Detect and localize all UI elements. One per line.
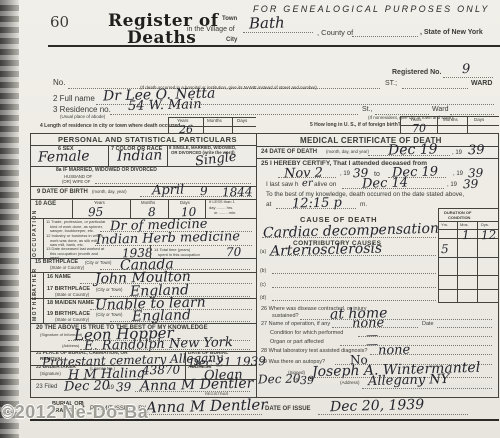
informant-addr-line	[80, 349, 250, 350]
less-note-1: If LESS than 1	[209, 200, 235, 204]
age-v0	[72, 199, 73, 218]
op-date-line	[437, 327, 492, 328]
contrib-c-line	[272, 287, 436, 288]
operation-label: 27 Name of operation, if any	[261, 322, 330, 328]
m-label: m.	[360, 202, 367, 209]
filed-year-prefix: , 19	[104, 385, 114, 391]
cause-mos-value: 1	[462, 229, 470, 241]
st-label: ST.;	[385, 80, 397, 87]
lab-line	[370, 354, 492, 355]
lastsaw-year-prefix: , 19	[447, 182, 457, 188]
dod-label: 24 DATE OF DEATH	[261, 149, 317, 155]
residence-label: 3 Residence no.	[53, 106, 111, 114]
filed-label: 23 Filed	[36, 384, 57, 390]
undertaker-sig-note: (Signature)	[40, 372, 61, 376]
dys-label: Dys.	[481, 223, 489, 227]
issue-date-line	[318, 414, 468, 415]
mother-name-label: 18 MAIDEN NAME	[47, 301, 94, 307]
place-line	[243, 32, 313, 33]
from-year-prefix: , 19	[340, 171, 350, 177]
wife-label: (OR) WIFE OF	[62, 180, 90, 184]
dod-note: (month, day, and year)	[326, 150, 369, 154]
informant-addr-note: (Address)	[62, 344, 79, 348]
organ-label: Organ or part affected	[270, 340, 324, 346]
signed-year-prefix: , 19	[290, 379, 298, 384]
county-line	[352, 36, 418, 37]
lastsaw-line	[342, 188, 444, 189]
no-label: No.	[53, 79, 65, 87]
len-v3	[232, 117, 233, 133]
dod-year-value: 39	[468, 144, 485, 157]
len-months-label: Months	[207, 119, 222, 124]
contrib-b-label: (b)	[260, 269, 266, 274]
age-v2	[168, 199, 169, 218]
lastsaw-year: 39	[463, 178, 479, 190]
organ-line	[340, 345, 492, 346]
contrib-a-yrs: 5	[441, 243, 449, 255]
state-label: , State of New York	[420, 29, 483, 36]
len-v1	[168, 117, 169, 133]
where-line	[300, 319, 492, 320]
us-length-label: 5 How long in U. S., if of foreign birth…	[310, 123, 401, 128]
occupation-vertical-label: OCCUPATION	[32, 221, 38, 257]
len-days-label: Days	[237, 119, 247, 124]
dod-year-prefix: , 19	[452, 150, 462, 156]
fullname-label: 2 Full name	[53, 95, 95, 103]
father-divider	[43, 272, 44, 298]
mother-vertical-label: MOTHER	[32, 301, 38, 321]
registrar-label: REGISTRAR	[205, 392, 228, 396]
physician-address: Allegany NY	[368, 373, 450, 388]
lab-value: none	[378, 344, 411, 358]
occ-divider	[43, 218, 44, 258]
len-v2	[203, 117, 204, 133]
married-label: 8a IF MARRIED, WIDOWED OR DIVORCED	[56, 168, 157, 173]
dob-note: (month, day, year)	[92, 190, 127, 194]
frame-right	[498, 133, 499, 397]
mother-bp-note-2: (State or Country)	[55, 318, 89, 322]
op-date-label: Date	[422, 322, 434, 328]
village-label: in the Village of	[187, 26, 235, 33]
ward2-line	[450, 114, 494, 115]
physician-addr-line	[362, 388, 492, 389]
date-of-issue-value: Dec 20, 1939	[330, 398, 424, 414]
condition-label: Condition for which performed	[270, 331, 343, 337]
residence-line	[110, 114, 358, 115]
date-of-issue-label: DATE OF ISSUE	[265, 406, 311, 412]
age-months-value: 8	[148, 206, 156, 218]
us-v1	[400, 116, 401, 133]
death-register-scan: FOR GENEALOGICAL PURPOSES ONLY 60 Regist…	[0, 0, 500, 438]
totaltime-value: 70	[226, 246, 242, 258]
ward2-label: Ward	[432, 106, 448, 113]
frame-left	[30, 133, 31, 397]
contrib-b-line	[272, 273, 436, 274]
residence-value: 54 W. Main	[128, 98, 202, 113]
mother-bp-note-1: (City or Town)	[96, 313, 122, 317]
contrib-d-line	[272, 300, 436, 301]
dur-top	[438, 208, 499, 209]
at-label: at	[266, 202, 271, 209]
alive-label: alive on	[314, 182, 336, 189]
time-value: 12:15 p	[292, 196, 342, 210]
yrs-label: Yrs.	[441, 223, 448, 227]
lastsaw-label: I last saw h	[266, 182, 299, 189]
contrib-c-label: (c)	[260, 283, 266, 288]
abode-note: (Usual place of abode)	[60, 115, 105, 120]
county-label: , County of	[317, 29, 353, 37]
dur-bottom	[438, 302, 499, 303]
organ-value: —	[366, 338, 378, 350]
dur-r4	[438, 289, 499, 290]
duration-label-2: CONDITION	[448, 216, 470, 220]
watermark: ©2012 Ne-Do-Ba	[1, 402, 148, 423]
bp-note-1: (City or Town)	[85, 261, 111, 265]
us-days-label: Days	[474, 118, 484, 123]
dur-r3	[438, 275, 499, 276]
medical-title-rule	[256, 146, 499, 147]
contrib-a-line	[272, 255, 436, 256]
age-label: 10 AGE	[35, 201, 56, 207]
page-number: 60	[50, 15, 69, 30]
genealogy-annotation: FOR GENEALOGICAL PURPOSES ONLY	[253, 4, 490, 14]
mos-label: Mos.	[460, 223, 469, 227]
us-months-label: Months	[443, 118, 458, 123]
personal-title: PERSONAL AND STATISTICAL PARTICULARS	[58, 136, 237, 144]
bp-note-2: (State or Country)	[50, 266, 84, 270]
contrib-d-label: (d)	[260, 296, 266, 301]
license-value: 43870	[142, 364, 180, 377]
sex-value: Female	[38, 149, 90, 164]
lastsaw-her: er	[302, 179, 313, 189]
dob-line	[140, 196, 252, 197]
permit-sig-line	[140, 414, 262, 415]
us-v3	[467, 116, 468, 133]
st-line	[402, 88, 468, 89]
city-label: City	[226, 37, 237, 43]
physician-signed-year: 39	[300, 375, 314, 386]
dob-label: 9 DATE OF BIRTH	[37, 189, 88, 195]
dod-row-rule	[256, 158, 499, 159]
us-v2	[437, 116, 438, 133]
cause-line	[262, 237, 436, 238]
father-name-label: 16 NAME	[47, 275, 71, 281]
sex-div1	[108, 145, 109, 166]
father-bp-note-2: (State or Country)	[55, 293, 89, 297]
place-handwritten: Bath	[249, 16, 285, 32]
permit-issued-by-signature: Anna M Dentler	[146, 397, 268, 415]
registered-no-label: Registered No.	[392, 69, 441, 76]
filed-year: 39	[116, 381, 132, 393]
dod-line	[368, 155, 450, 156]
length-label: 4 Length of residence in city or town wh…	[40, 124, 180, 129]
dur-r2	[438, 257, 499, 258]
mother-divider	[43, 298, 44, 323]
town-label: Town	[222, 16, 237, 22]
to-year-prefix: , 19	[453, 171, 463, 177]
cause-dys-value: 12	[481, 229, 497, 241]
condition-line	[358, 336, 492, 337]
where-label-2: sustained?	[272, 314, 299, 320]
registered-no-line	[443, 77, 493, 78]
physician-addr-note: (Address)	[340, 381, 360, 386]
book-binding-edge	[0, 0, 19, 438]
registered-no-value: 9	[462, 63, 471, 76]
sex-div2	[167, 145, 168, 166]
race-value: Indian	[117, 148, 163, 163]
less-note-3: or ........ min.	[214, 211, 236, 215]
age-v1	[130, 199, 131, 218]
st2-label: St.,	[362, 106, 373, 113]
ward-label: WARD	[471, 80, 492, 87]
mother-bp-line	[110, 321, 250, 322]
age-v3	[205, 199, 206, 218]
age-years-value: 95	[88, 206, 104, 218]
registrar-line	[135, 391, 250, 392]
header-rule	[48, 45, 500, 47]
contrib-a-label: (a)	[260, 250, 266, 255]
frame-top	[30, 133, 499, 134]
father-bp-note-1: (City or Town)	[96, 288, 122, 292]
